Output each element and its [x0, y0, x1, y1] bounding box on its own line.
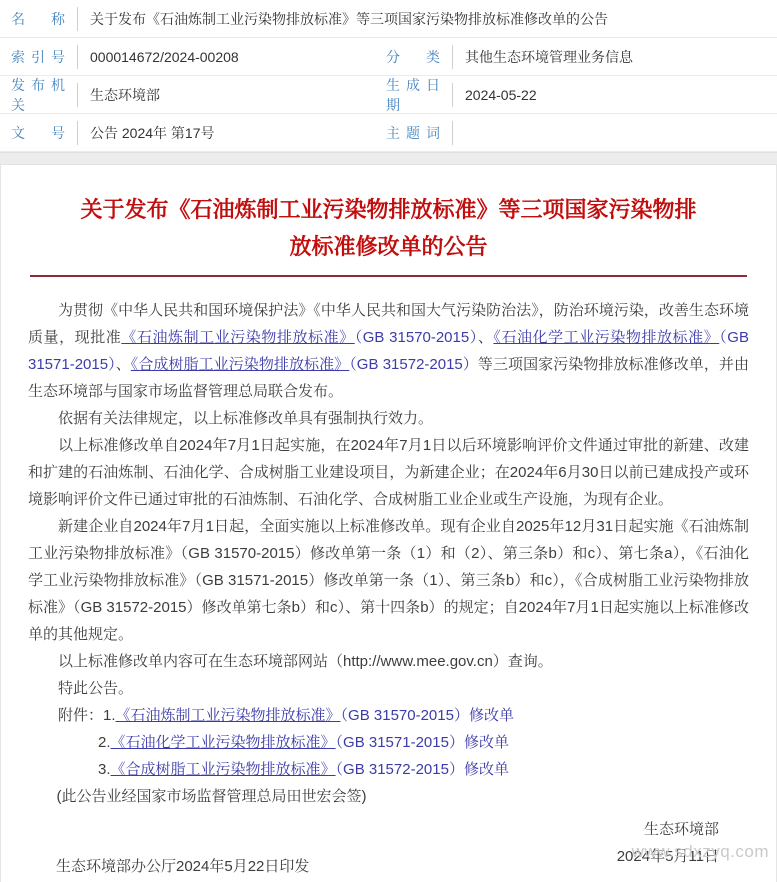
gb-number-31572: （GB 31572-2015） — [349, 356, 478, 373]
paragraph-implementation-dates: 以上标准修改单自2024年7月1日起实施，在2024年7月1日以后环境影响评价文… — [28, 432, 749, 513]
link-petroleum-refining-standard[interactable]: 《石油炼制工业污染物排放标准》 — [121, 329, 354, 346]
attachment-suffix: （GB 31572-2015）修改单 — [336, 761, 509, 778]
divider — [452, 121, 453, 145]
attachment-item-2: 2.《石油化学工业污染物排放标准》（GB 31571-2015）修改单 — [28, 729, 749, 756]
attachment-suffix: （GB 31571-2015）修改单 — [336, 734, 509, 751]
meta-value-issuing-agency: 生态环境部 — [90, 85, 160, 105]
site-watermark: www.sdxzyq.com — [632, 842, 769, 862]
meta-value-generate-date: 2024-05-22 — [465, 87, 537, 103]
meta-row-docnum-keywords: 文号 公告 2024年 第17号 主题词 — [0, 114, 777, 152]
meta-cell-index-number: 索引号 000014672/2024-00208 — [0, 38, 375, 75]
paragraph-hereby-announced: 特此公告。 — [28, 675, 749, 702]
attachment-item-1: 附件：1.《石油炼制工业污染物排放标准》（GB 31570-2015）修改单 — [28, 702, 749, 729]
attachment-item-3: 3.《合成树脂工业污染物排放标准》（GB 31572-2015）修改单 — [28, 756, 749, 783]
meta-value-document-number: 公告 2024年 第17号 — [90, 123, 215, 143]
link-petrochemical-standard[interactable]: 《石油化学工业污染物排放标准》 — [493, 329, 719, 346]
meta-label-category: 分类 — [386, 47, 440, 67]
gb-number-31570: （GB 31570-2015） — [355, 329, 478, 346]
meta-label-index-number: 索引号 — [11, 47, 65, 67]
meta-cell-category: 分类 其他生态环境管理业务信息 — [375, 38, 777, 75]
print-issuance-line: 生态环境部办公厅2024年5月22日印发 — [56, 855, 309, 876]
section-separator-band — [0, 152, 777, 165]
meta-cell-name: 名称 关于发布《石油炼制工业污染物排放标准》等三项国家污染物排放标准修改单的公告 — [0, 0, 777, 37]
document-body: 为贯彻《中华人民共和国环境保护法》《中华人民共和国大气污染防治法》，防治环境污染… — [1, 297, 776, 870]
attachment-suffix: （GB 31570-2015）修改单 — [341, 707, 514, 724]
meta-cell-keywords: 主题词 — [375, 114, 777, 151]
meta-cell-generate-date: 生成日期 2024-05-22 — [375, 76, 777, 113]
meta-label-name: 名称 — [11, 9, 65, 29]
attachment-link-gb31571[interactable]: 《石油化学工业污染物排放标准》 — [111, 734, 336, 751]
meta-label-keywords: 主题词 — [386, 123, 440, 143]
attachment-link-gb31572[interactable]: 《合成树脂工业污染物排放标准》 — [111, 761, 336, 778]
page-title: 关于发布《石油炼制工业污染物排放标准》等三项国家污染物排 放标准修改单的公告 — [1, 191, 776, 265]
document-page: 关于发布《石油炼制工业污染物排放标准》等三项国家污染物排 放标准修改单的公告 为… — [0, 165, 777, 882]
divider — [452, 45, 453, 69]
attachment-prefix: 附件： — [58, 707, 103, 724]
attachment-number: 2. — [98, 734, 111, 751]
meta-row-agency-date: 发布机关 生态环境部 生成日期 2024-05-22 — [0, 76, 777, 114]
divider — [77, 7, 78, 31]
attachment-link-gb31570[interactable]: 《石油炼制工业污染物排放标准》 — [116, 707, 341, 724]
body-text: 、 — [478, 329, 494, 346]
paragraph-approval: 为贯彻《中华人民共和国环境保护法》《中华人民共和国大气污染防治法》，防治环境污染… — [28, 297, 749, 405]
divider — [77, 121, 78, 145]
link-synthetic-resin-standard[interactable]: 《合成树脂工业污染物排放标准》 — [131, 356, 349, 373]
meta-value-name: 关于发布《石油炼制工业污染物排放标准》等三项国家污染物排放标准修改单的公告 — [90, 9, 608, 29]
document-meta-table: 名称 关于发布《石油炼制工业污染物排放标准》等三项国家污染物排放标准修改单的公告… — [0, 0, 777, 152]
signature-organization: 生态环境部 — [28, 816, 749, 843]
meta-label-issuing-agency: 发布机关 — [11, 75, 65, 115]
paragraph-enterprise-requirements: 新建企业自2024年7月1日起，全面实施以上标准修改单。现有企业自2025年12… — [28, 513, 749, 648]
paragraph-website-query: 以上标准修改单内容可在生态环境部网站（http://www.mee.gov.cn… — [28, 648, 749, 675]
meta-label-document-number: 文号 — [11, 123, 65, 143]
divider — [77, 45, 78, 69]
page-title-line-1: 关于发布《石油炼制工业污染物排放标准》等三项国家污染物排 — [1, 191, 776, 228]
divider — [77, 83, 78, 107]
body-text: 、 — [116, 356, 131, 373]
meta-cell-issuing-agency: 发布机关 生态环境部 — [0, 76, 375, 113]
paragraph-legal-basis: 依据有关法律规定，以上标准修改单具有强制执行效力。 — [28, 405, 749, 432]
attachment-number: 3. — [98, 761, 111, 778]
meta-label-generate-date: 生成日期 — [386, 75, 440, 115]
divider — [452, 83, 453, 107]
title-divider-rule — [30, 275, 747, 277]
page-title-line-2: 放标准修改单的公告 — [1, 228, 776, 265]
meta-row-index-category: 索引号 000014672/2024-00208 分类 其他生态环境管理业务信息 — [0, 38, 777, 76]
meta-value-index-number: 000014672/2024-00208 — [90, 49, 239, 65]
attachment-number: 1. — [103, 707, 116, 724]
meta-value-category: 其他生态环境管理业务信息 — [465, 47, 633, 67]
meta-cell-document-number: 文号 公告 2024年 第17号 — [0, 114, 375, 151]
countersign-note: (此公告业经国家市场监督管理总局田世宏会签) — [28, 783, 749, 810]
meta-row-name: 名称 关于发布《石油炼制工业污染物排放标准》等三项国家污染物排放标准修改单的公告 — [0, 0, 777, 38]
